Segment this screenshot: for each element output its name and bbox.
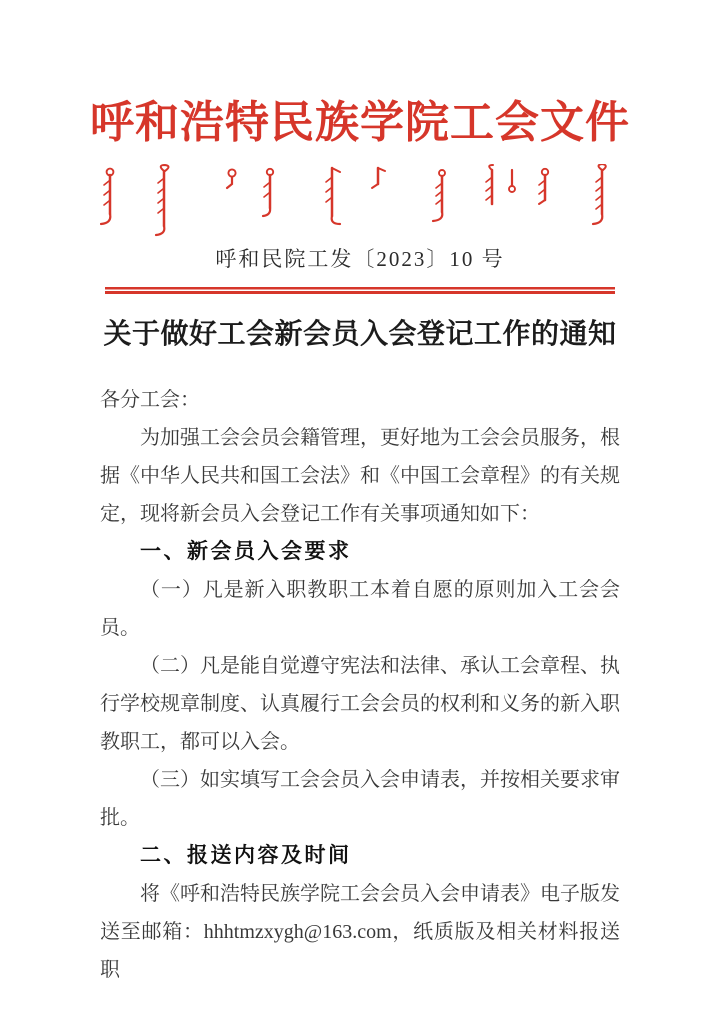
red-separator-line xyxy=(105,287,615,294)
section-heading-1: 一、新会员入会要求 xyxy=(100,533,620,571)
body-paragraph: 为加强工会会员会籍管理，更好地为工会会员服务，根据《中华人民共和国工会法》和《中… xyxy=(100,419,620,533)
body-paragraph: （二）凡是能自觉遵守宪法和法律、承认工会章程、执行学校规章制度、认真履行工会会员… xyxy=(100,647,620,761)
document-page: 呼和浩特民族学院工会文件 xyxy=(0,0,720,1018)
salutation: 各分工会： xyxy=(100,381,620,419)
document-title: 关于做好工会新会员入会登记工作的通知 xyxy=(0,315,720,355)
doc-number: 呼和民院工发〔2023〕10 号 xyxy=(0,246,720,272)
body-paragraph: 将《呼和浩特民族学院工会会员入会申请表》电子版发送至邮箱：hhhtmzxygh@… xyxy=(100,875,620,989)
body-paragraph: （一）凡是新入职教职工本着自愿的原则加入工会会员。 xyxy=(100,571,620,647)
mongolian-script-icon xyxy=(100,164,620,238)
body-paragraph: （三）如实填写工会会员入会申请表，并按相关要求审批。 xyxy=(100,761,620,837)
org-title: 呼和浩特民族学院工会文件 xyxy=(0,94,720,152)
mongolian-script-decoration xyxy=(100,164,620,238)
section-heading-2: 二、报送内容及时间 xyxy=(100,837,620,875)
document-body: 各分工会： 为加强工会会员会籍管理，更好地为工会会员服务，根据《中华人民共和国工… xyxy=(100,381,620,989)
